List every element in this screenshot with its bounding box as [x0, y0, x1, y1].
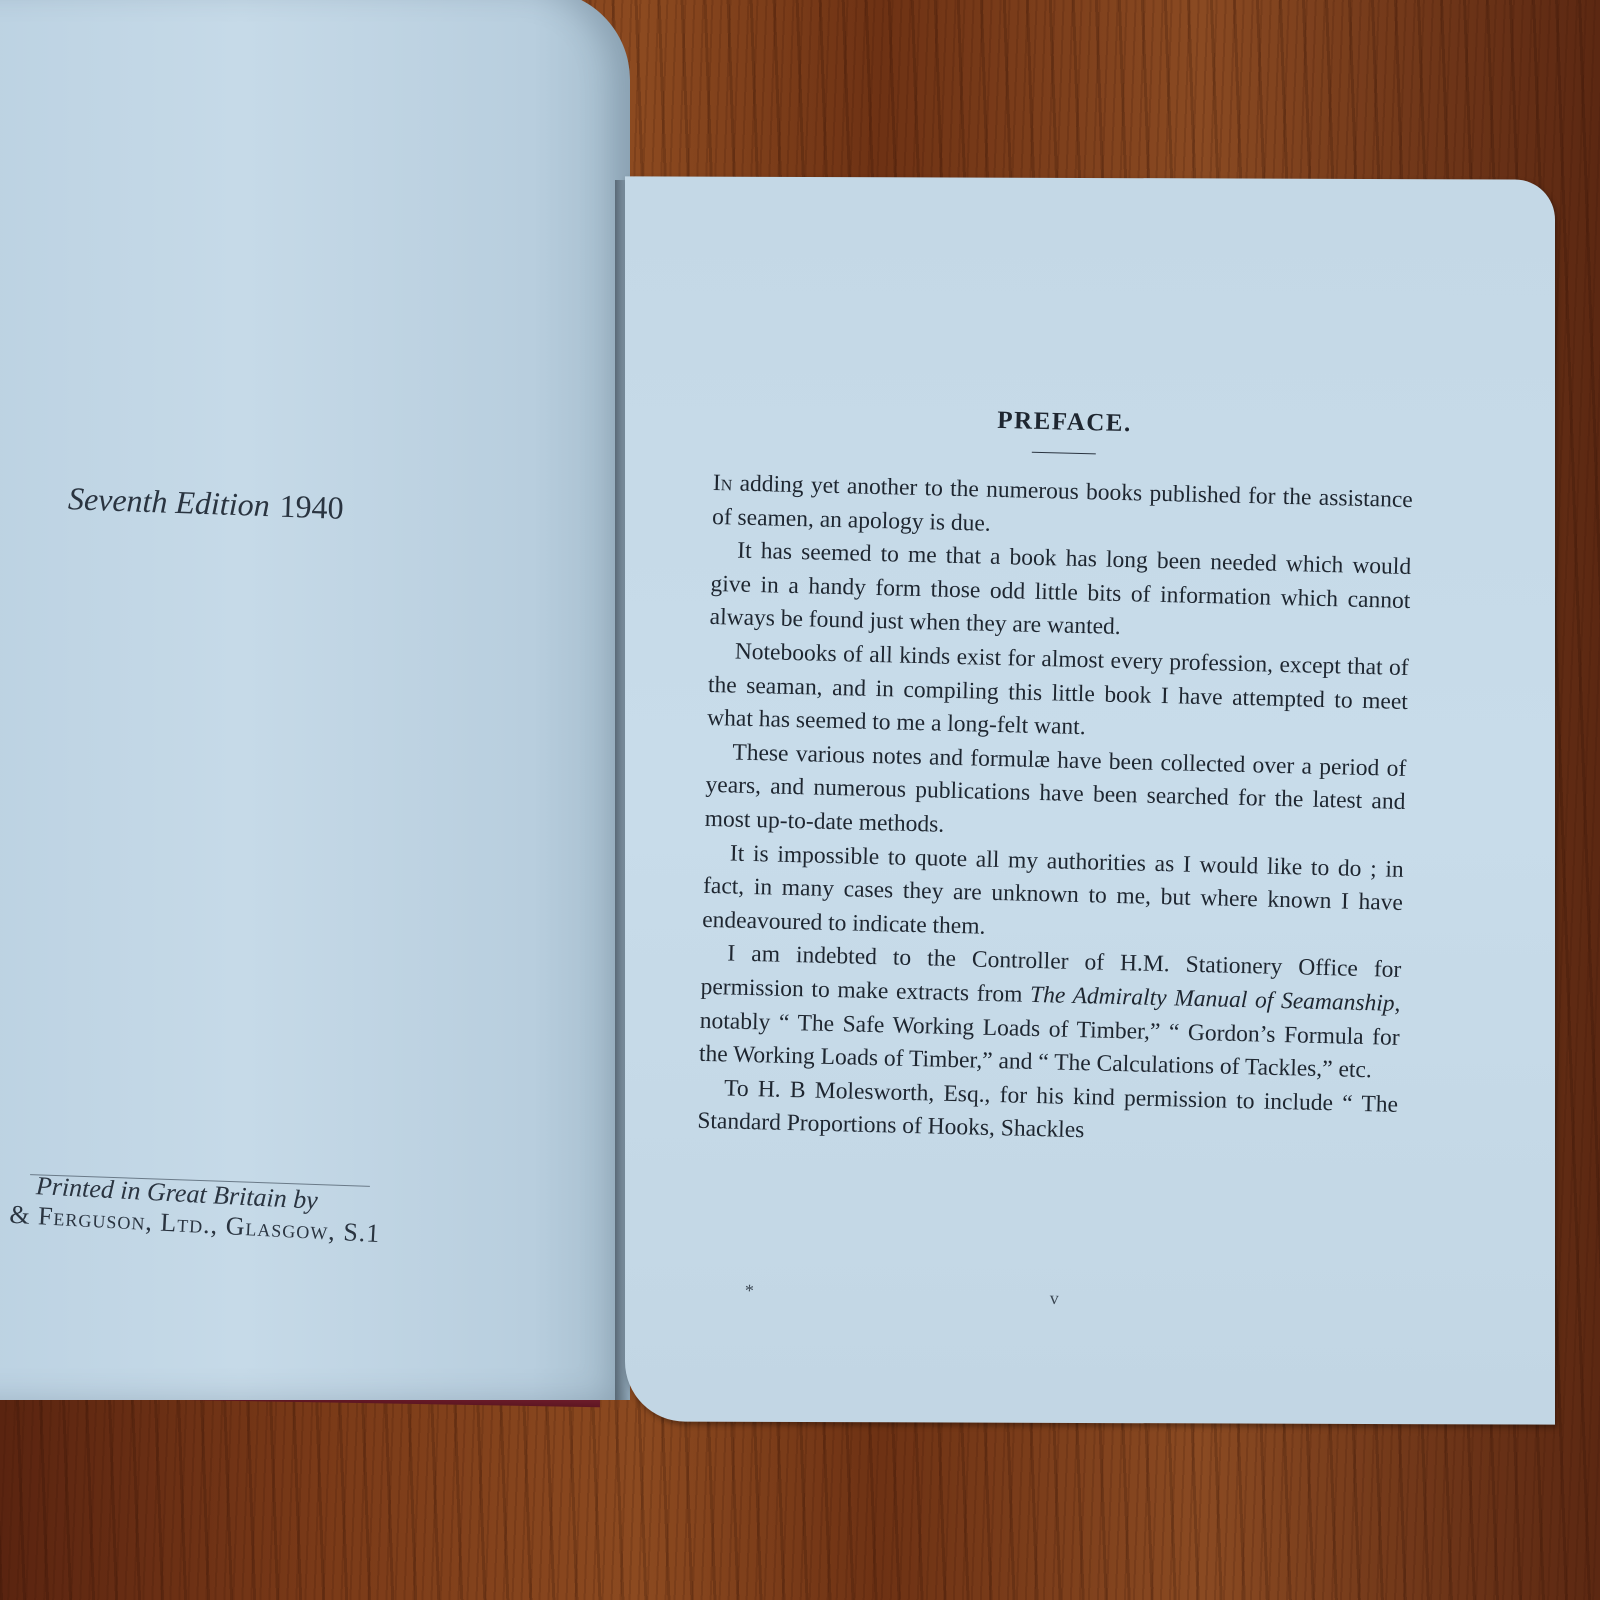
preface-paragraph: I am indebted to the Controller of H.M. …: [699, 937, 1402, 1088]
edition-label: Seventh Edition: [67, 480, 270, 523]
preface-paragraph: It is impossible to quote all my authori…: [702, 836, 1404, 954]
signature-mark: *: [745, 1280, 755, 1301]
preface-paragraph: It has seemed to me that a book has long…: [709, 534, 1411, 652]
preface-paragraph: Notebooks of all kinds exist for almost …: [707, 635, 1409, 753]
edition-year: 1940: [279, 488, 344, 526]
paragraph-text: adding yet another to the numerous books…: [712, 470, 1413, 536]
drop-lead: In: [713, 470, 733, 496]
photo-scene: Seventh Edition1940 Printed in Great Bri…: [0, 0, 1600, 1600]
page-number: v: [1049, 1288, 1059, 1309]
preface-paragraph: These various notes and formulæ have bee…: [704, 736, 1406, 854]
title-rule: [1032, 452, 1096, 455]
book-title-citation: The Admiralty Manual of Seamanship: [1030, 982, 1395, 1017]
preface-block: PREFACE. In adding yet another to the nu…: [697, 400, 1415, 1156]
